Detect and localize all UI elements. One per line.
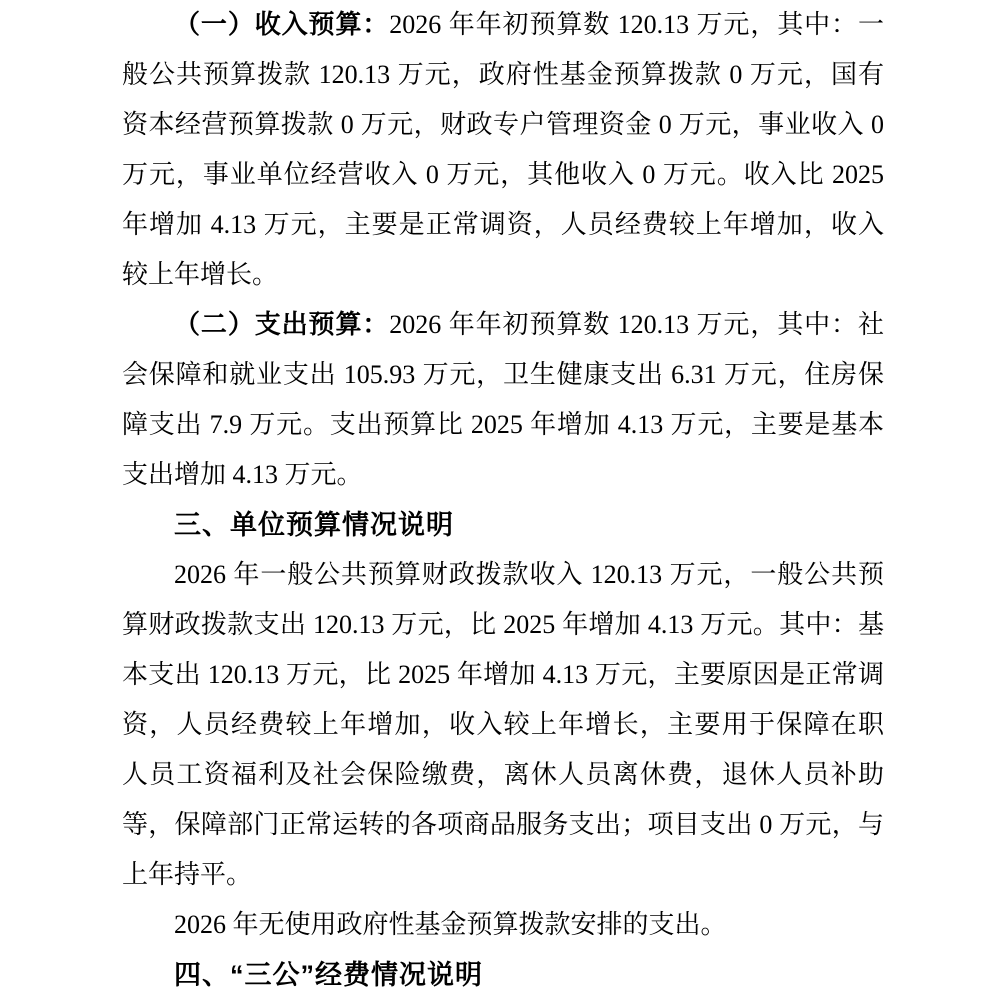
text-segment: 本支出 120.13 万元，比 2025 年增加 4.13 万元，主要原因是正常… <box>122 660 884 689</box>
heading-section-four: 四、“三公”经费情况说明 <box>122 950 884 1000</box>
text-line: 2026 年无使用政府性基金预算拨款安排的支出。 <box>122 900 884 950</box>
text-line: 万元，事业单位经营收入 0 万元，其他收入 0 万元。收入比 2025 <box>122 150 884 200</box>
text-segment: 等，保障部门正常运转的各项商品服务支出；项目支出 0 万元，与 <box>122 810 884 839</box>
bold-text-segment: 四、“三公”经费情况说明 <box>174 960 483 990</box>
text-line: 上年持平。 <box>122 850 884 900</box>
text-line: 人员工资福利及社会保险缴费，离休人员离休费，退休人员补助 <box>122 750 884 800</box>
text-segment: 算财政拨款支出 120.13 万元，比 2025 年增加 4.13 万元。其中：… <box>122 610 884 639</box>
para-gov-fund-note: 2026 年无使用政府性基金预算拨款安排的支出。 <box>122 900 884 950</box>
text-line: 会保障和就业支出 105.93 万元，卫生健康支出 6.31 万元，住房保 <box>122 350 884 400</box>
text-line: 等，保障部门正常运转的各项商品服务支出；项目支出 0 万元，与 <box>122 800 884 850</box>
text-line: 本支出 120.13 万元，比 2025 年增加 4.13 万元，主要原因是正常… <box>122 650 884 700</box>
document-page: （一）收入预算：2026 年年初预算数 120.13 万元，其中：一般公共预算拨… <box>0 0 1000 1001</box>
section-heading: 三、单位预算情况说明 <box>122 500 884 550</box>
text-segment: 人员工资福利及社会保险缴费，离休人员离休费，退休人员补助 <box>122 760 884 789</box>
text-line: （一）收入预算：2026 年年初预算数 120.13 万元，其中：一 <box>122 0 884 50</box>
text-segment: 上年持平。 <box>122 860 252 889</box>
text-segment: 支出增加 4.13 万元。 <box>122 460 363 489</box>
text-segment: 2026 年年初预算数 120.13 万元，其中：一 <box>389 10 884 39</box>
text-segment: 2026 年无使用政府性基金预算拨款安排的支出。 <box>174 910 727 939</box>
text-segment: 资本经营预算拨款 0 万元，财政专户管理资金 0 万元，事业收入 0 <box>122 110 884 139</box>
text-line: 般公共预算拨款 120.13 万元，政府性基金预算拨款 0 万元，国有 <box>122 50 884 100</box>
bold-text-segment: 三、单位预算情况说明 <box>174 510 454 540</box>
heading-section-three: 三、单位预算情况说明 <box>122 500 884 550</box>
text-segment: 般公共预算拨款 120.13 万元，政府性基金预算拨款 0 万元，国有 <box>122 60 884 89</box>
text-line: 较上年增长。 <box>122 250 884 300</box>
text-segment: 较上年增长。 <box>122 260 278 289</box>
bold-text-segment: （二）支出预算： <box>174 310 389 339</box>
text-line: 2026 年一般公共预算财政拨款收入 120.13 万元，一般公共预 <box>122 550 884 600</box>
text-segment: 障支出 7.9 万元。支出预算比 2025 年增加 4.13 万元，主要是基本 <box>122 410 884 439</box>
para-unit-budget-detail: 2026 年一般公共预算财政拨款收入 120.13 万元，一般公共预算财政拨款支… <box>122 550 884 900</box>
text-line: 算财政拨款支出 120.13 万元，比 2025 年增加 4.13 万元。其中：… <box>122 600 884 650</box>
text-segment: 2026 年一般公共预算财政拨款收入 120.13 万元，一般公共预 <box>174 560 884 589</box>
text-segment: 年增加 4.13 万元，主要是正常调资，人员经费较上年增加，收入 <box>122 210 884 239</box>
para-income-budget: （一）收入预算：2026 年年初预算数 120.13 万元，其中：一般公共预算拨… <box>122 0 884 300</box>
text-line: 资，人员经费较上年增加，收入较上年增长，主要用于保障在职 <box>122 700 884 750</box>
text-segment: 万元，事业单位经营收入 0 万元，其他收入 0 万元。收入比 2025 <box>122 160 884 189</box>
budget-document-body: （一）收入预算：2026 年年初预算数 120.13 万元，其中：一般公共预算拨… <box>122 0 884 1000</box>
para-expense-budget: （二）支出预算：2026 年年初预算数 120.13 万元，其中：社会保障和就业… <box>122 300 884 500</box>
text-line: 障支出 7.9 万元。支出预算比 2025 年增加 4.13 万元，主要是基本 <box>122 400 884 450</box>
text-segment: 2026 年年初预算数 120.13 万元，其中：社 <box>389 310 884 339</box>
bold-text-segment: （一）收入预算： <box>174 10 389 39</box>
text-line: （二）支出预算：2026 年年初预算数 120.13 万元，其中：社 <box>122 300 884 350</box>
text-line: 年增加 4.13 万元，主要是正常调资，人员经费较上年增加，收入 <box>122 200 884 250</box>
text-line: 支出增加 4.13 万元。 <box>122 450 884 500</box>
section-heading: 四、“三公”经费情况说明 <box>122 950 884 1000</box>
text-segment: 资，人员经费较上年增加，收入较上年增长，主要用于保障在职 <box>122 710 884 739</box>
text-line: 资本经营预算拨款 0 万元，财政专户管理资金 0 万元，事业收入 0 <box>122 100 884 150</box>
text-segment: 会保障和就业支出 105.93 万元，卫生健康支出 6.31 万元，住房保 <box>122 360 884 389</box>
